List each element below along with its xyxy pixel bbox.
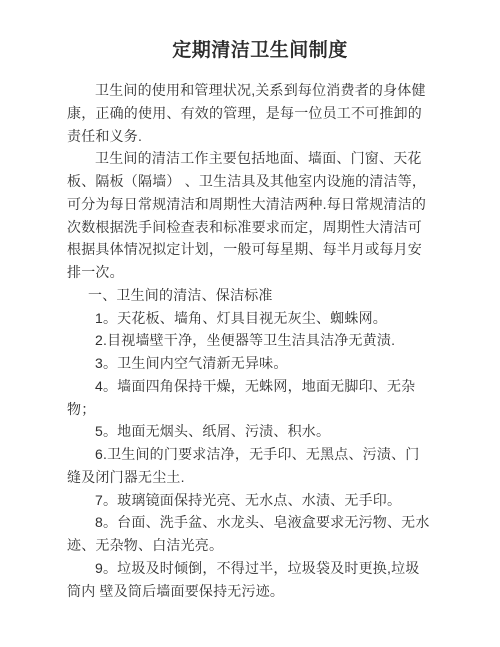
list-item-7: 7。玻璃镜面保持光亮、无水点、水渍、无手印。	[67, 489, 433, 512]
document-page: { "doc": { "title": "定期清洁卫生间制度", "paragr…	[0, 0, 500, 647]
list-item-4: 4。墙面四角保持干燥，无蛛网，地面无脚印、无杂物；	[67, 375, 433, 421]
list-item-3: 3。卫生间内空气清新无异味。	[67, 352, 433, 375]
document-body: 定期清洁卫生间制度 卫生间的使用和管理状况,关系到每位消费者的身体健康，正确的使…	[0, 0, 500, 647]
list-item-6: 6.卫生间的门要求洁净，无手印、无黑点、污渍、门缝及闭门器无尘土.	[67, 443, 433, 489]
scope-paragraph: 卫生间的清洁工作主要包括地面、墙面、门窗、天花板、隔板（隔墙） 、卫生洁具及其他…	[67, 147, 433, 284]
intro-paragraph: 卫生间的使用和管理状况,关系到每位消费者的身体健康，正确的使用、有效的管理，是每…	[67, 79, 433, 147]
list-item-5: 5。地面无烟头、纸屑、污渍、积水。	[67, 420, 433, 443]
section-heading: 一、卫生间的清洁、保洁标准	[67, 284, 433, 307]
list-item-9: 9。垃圾及时倾倒，不得过半，垃圾袋及时更换,垃圾筒内 壁及筒后墙面要保持无污迹。	[67, 557, 433, 603]
page-title: 定期清洁卫生间制度	[67, 37, 433, 64]
list-item-2: 2.目视墙壁干净，坐便器等卫生洁具洁净无黄渍.	[67, 329, 433, 352]
list-item-1: 1。天花板、墙角、灯具目视无灰尘、蜘蛛网。	[67, 307, 433, 330]
list-item-8: 8。台面、洗手盆、水龙头、皂液盒要求无污物、无水迹、无杂物、白洁光亮。	[67, 511, 433, 557]
